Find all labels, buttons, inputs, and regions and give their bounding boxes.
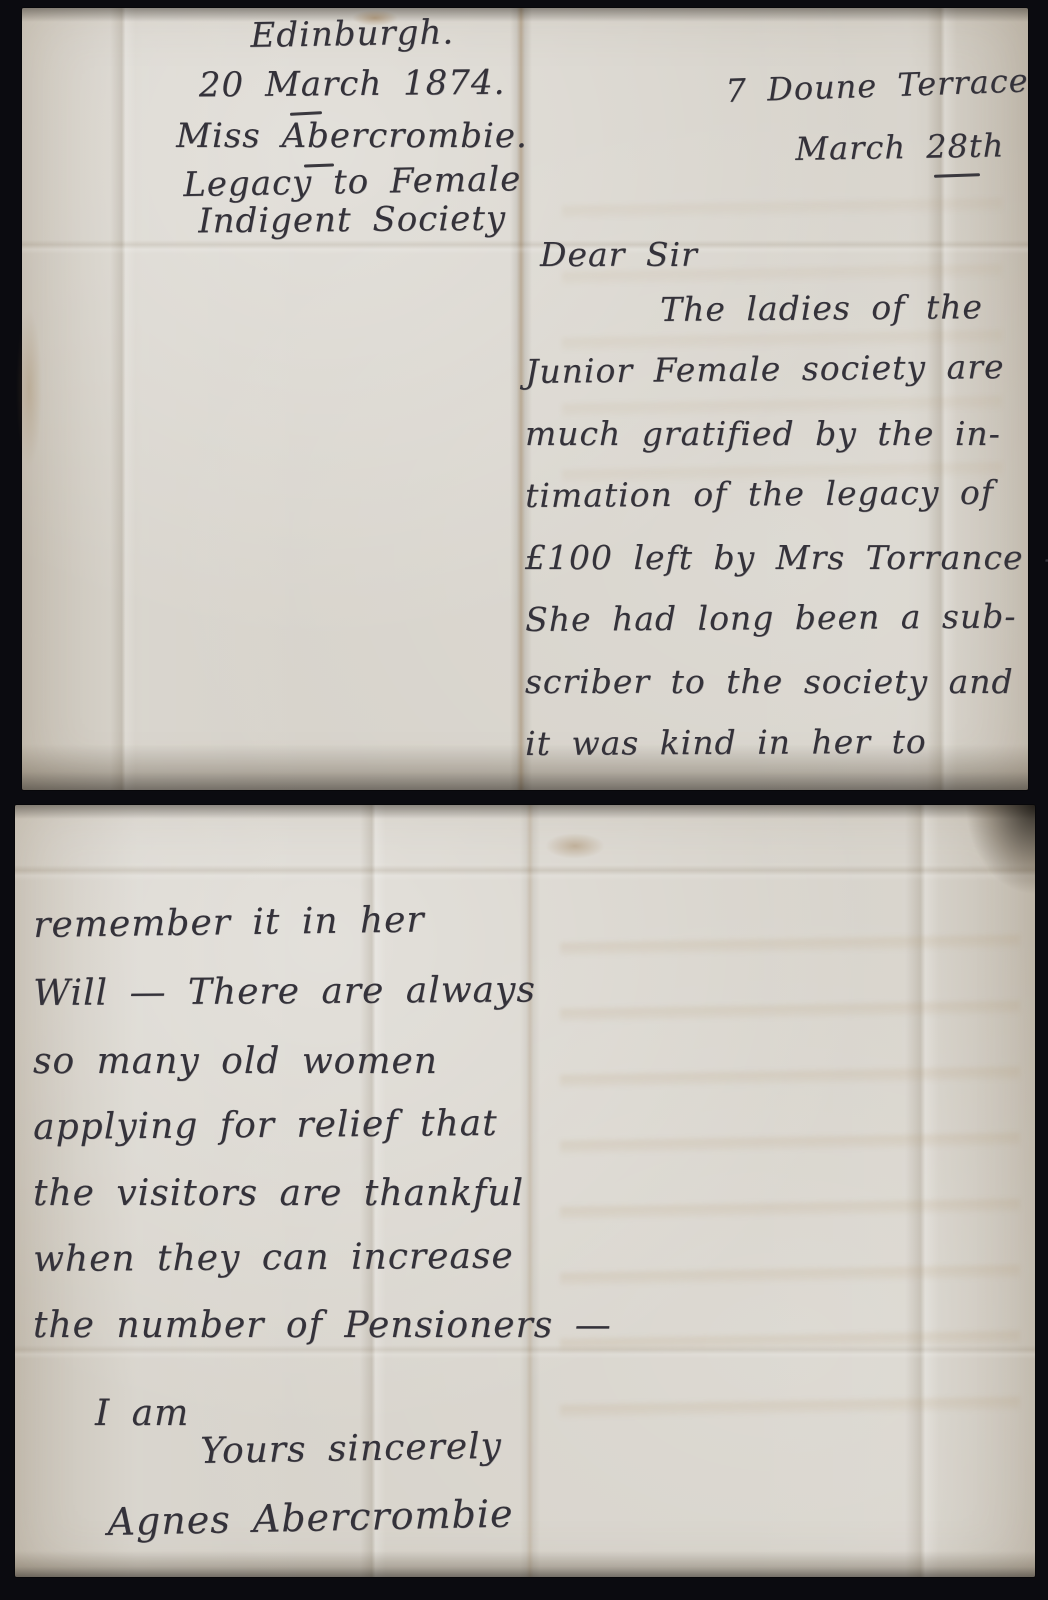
letter-line: so many old women (33, 1041, 438, 1082)
fold-crease (22, 240, 1028, 254)
letter-line: when they can increase (33, 1236, 514, 1280)
letter-line: Will — There are always (33, 969, 536, 1014)
fold-crease (15, 1345, 1035, 1359)
letter-line: The ladies of the (660, 287, 983, 329)
letter-line: much gratified by the in- (525, 414, 1001, 453)
signature: Agnes Abercrombie (107, 1491, 514, 1543)
scanned-letter-screenshot: Edinburgh. 20 March 1874. Miss Abercromb… (0, 0, 1048, 1600)
docket-line: Indigent Society (132, 198, 572, 242)
stain (16, 308, 42, 468)
top-scan-paper: Edinburgh. 20 March 1874. Miss Abercromb… (22, 8, 1028, 790)
letter-line: the visitors are thankful (33, 1173, 524, 1214)
curled-corner-shadow (965, 805, 1035, 895)
date-underline (934, 173, 980, 178)
address-line: 7 Doune Terrace (725, 61, 1029, 110)
ink-showthrough (560, 895, 1020, 1455)
closing-line: I am (95, 1393, 189, 1434)
date-line: March 28th (795, 126, 1005, 168)
paper-edge-shadow (15, 1551, 1035, 1577)
fold-crease (905, 805, 939, 1577)
letter-line: remember it in her (33, 900, 425, 946)
closing-line: Yours sincerely (200, 1426, 502, 1472)
letter-line: the number of Pensioners — (33, 1305, 612, 1346)
letter-line: applying for relief that (33, 1103, 498, 1148)
bottom-scan-paper: remember it in her Will — There are alwa… (15, 805, 1035, 1577)
docket-line: Miss Abercrombie. (132, 116, 572, 156)
paper-edge-shadow (15, 805, 1035, 819)
letter-line: it was kind in her to (525, 722, 927, 763)
letter-line: scriber to the society and (525, 662, 1014, 701)
docket-line: 20 March 1874. (132, 62, 572, 106)
stain (545, 833, 605, 859)
docket-line: Edinburgh. (132, 10, 573, 58)
salutation: Dear Sir (540, 235, 698, 274)
letter-line: £100 left by Mrs Torrance — (525, 538, 1048, 577)
fold-crease (15, 865, 1035, 881)
letter-line: timation of the legacy of (525, 473, 994, 515)
letter-line: She had long been a sub- (525, 597, 1017, 639)
letter-line: Junior Female society are (525, 347, 1005, 391)
